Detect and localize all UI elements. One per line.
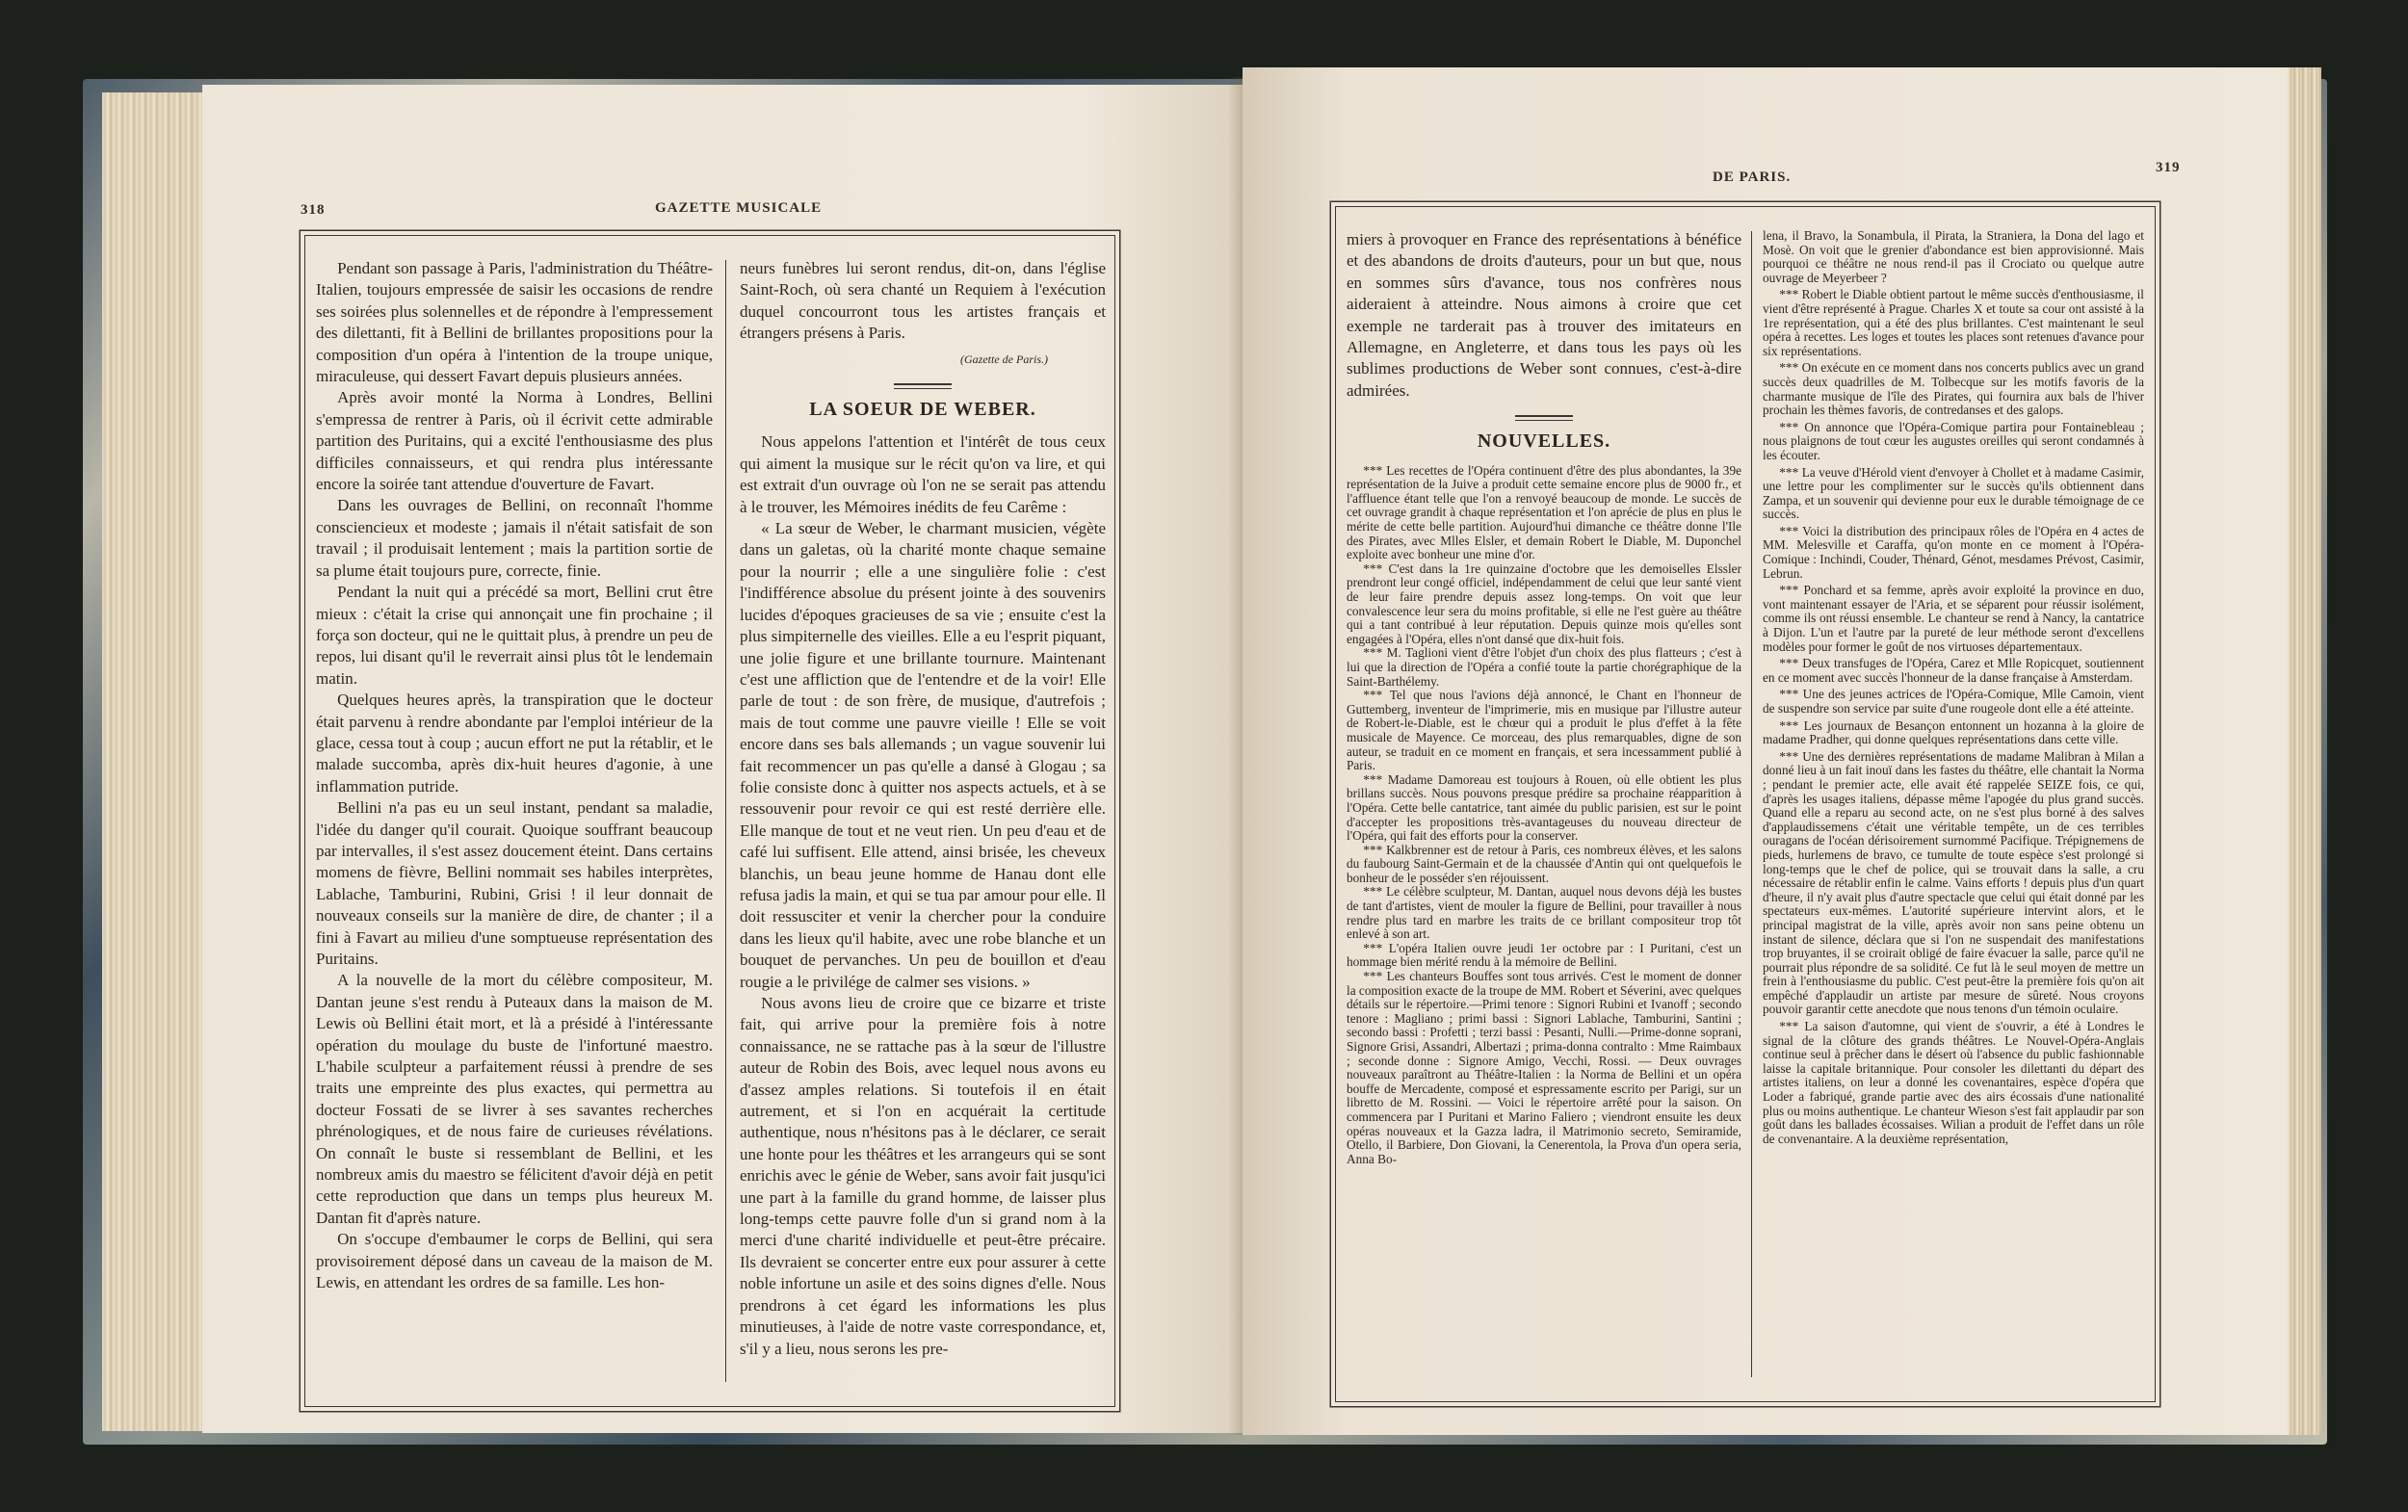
left-col-2: neurs funèbres lui seront rendus, dit-on… <box>740 258 1106 1360</box>
article-heading: LA SOEUR DE WEBER. <box>740 399 1106 420</box>
section-rule <box>894 383 952 389</box>
paragraph: neurs funèbres lui seront rendus, dit-on… <box>740 258 1106 345</box>
news-item: *** L'opéra Italien ouvre jeudi 1er octo… <box>1347 942 1741 970</box>
page-edges-left <box>102 92 208 1431</box>
news-item: *** Robert le Diable obtient partout le … <box>1763 288 2144 358</box>
paragraph: Nous appelons l'attention et l'intérêt d… <box>740 431 1106 518</box>
left-col-1: Pendant son passage à Paris, l'administr… <box>316 258 713 1294</box>
news-item: *** La saison d'automne, qui vient de s'… <box>1763 1020 2144 1146</box>
news-item: *** Madame Damoreau est toujours à Rouen… <box>1347 773 1741 844</box>
paragraph: « La sœur de Weber, le charmant musicien… <box>740 518 1106 993</box>
paragraph: Quelques heures après, la transpiration … <box>316 690 713 797</box>
news-item: *** Les recettes de l'Opéra continuent d… <box>1347 464 1741 562</box>
source-citation: (Gazette de Paris.) <box>740 349 1048 370</box>
section-rule <box>1515 415 1573 421</box>
news-item: *** Le célèbre sculpteur, M. Dantan, auq… <box>1347 885 1741 941</box>
news-item: *** Les journaux de Besançon entonnent u… <box>1763 719 2144 747</box>
news-item: *** C'est dans la 1re quinzaine d'octobr… <box>1347 562 1741 647</box>
news-item: *** Les chanteurs Bouffes sont tous arri… <box>1347 970 1741 1166</box>
paragraph: On s'occupe d'embaumer le corps de Belli… <box>316 1229 713 1293</box>
right-col-1: miers à provoquer en France des représen… <box>1347 229 1741 1166</box>
news-item: *** Deux transfuges de l'Opéra, Carez et… <box>1763 657 2144 685</box>
page-number-right: 319 <box>2156 160 2181 176</box>
section-heading: NOUVELLES. <box>1347 430 1741 452</box>
news-item: *** La veuve d'Hérold vient d'envoyer à … <box>1763 466 2144 522</box>
paragraph: Nous avons lieu de croire que ce bizarre… <box>740 993 1106 1360</box>
column-divider-left <box>725 260 726 1382</box>
news-item: *** Voici la distribution des principaux… <box>1763 525 2144 581</box>
paragraph: Pendant son passage à Paris, l'administr… <box>316 258 713 387</box>
running-head-right: DE PARIS. <box>1713 169 1791 186</box>
news-item: *** Tel que nous l'avions déjà annoncé, … <box>1347 689 1741 773</box>
news-item: *** On exécute en ce moment dans nos con… <box>1763 361 2144 417</box>
news-item: *** Ponchard et sa femme, après avoir ex… <box>1763 584 2144 654</box>
paragraph: Bellini n'a pas eu un seul instant, pend… <box>316 797 713 970</box>
paragraph: Pendant la nuit qui a précédé sa mort, B… <box>316 582 713 690</box>
news-item: *** Une des jeunes actrices de l'Opéra-C… <box>1763 688 2144 716</box>
paragraph: A la nouvelle de la mort du célèbre comp… <box>316 970 713 1229</box>
news-item: *** M. Taglioni vient d'être l'objet d'u… <box>1347 646 1741 689</box>
running-head-left: GAZETTE MUSICALE <box>655 200 822 217</box>
paragraph: Dans les ouvrages de Bellini, on reconna… <box>316 495 713 582</box>
right-col-2: lena, il Bravo, la Sonambula, il Pirata,… <box>1763 229 2144 1149</box>
column-divider-right <box>1751 231 1752 1377</box>
page-number-left: 318 <box>301 202 326 219</box>
paragraph: Après avoir monté la Norma à Londres, Be… <box>316 387 713 495</box>
news-item: *** Kalkbrenner est de retour à Paris, c… <box>1347 844 1741 886</box>
paragraph: miers à provoquer en France des représen… <box>1347 229 1741 402</box>
news-item: *** Une des dernières représentations de… <box>1763 750 2144 1017</box>
news-item: lena, il Bravo, la Sonambula, il Pirata,… <box>1763 229 2144 285</box>
page-edges-right <box>2283 67 2321 1435</box>
news-item: *** On annonce que l'Opéra-Comique parti… <box>1763 421 2144 463</box>
